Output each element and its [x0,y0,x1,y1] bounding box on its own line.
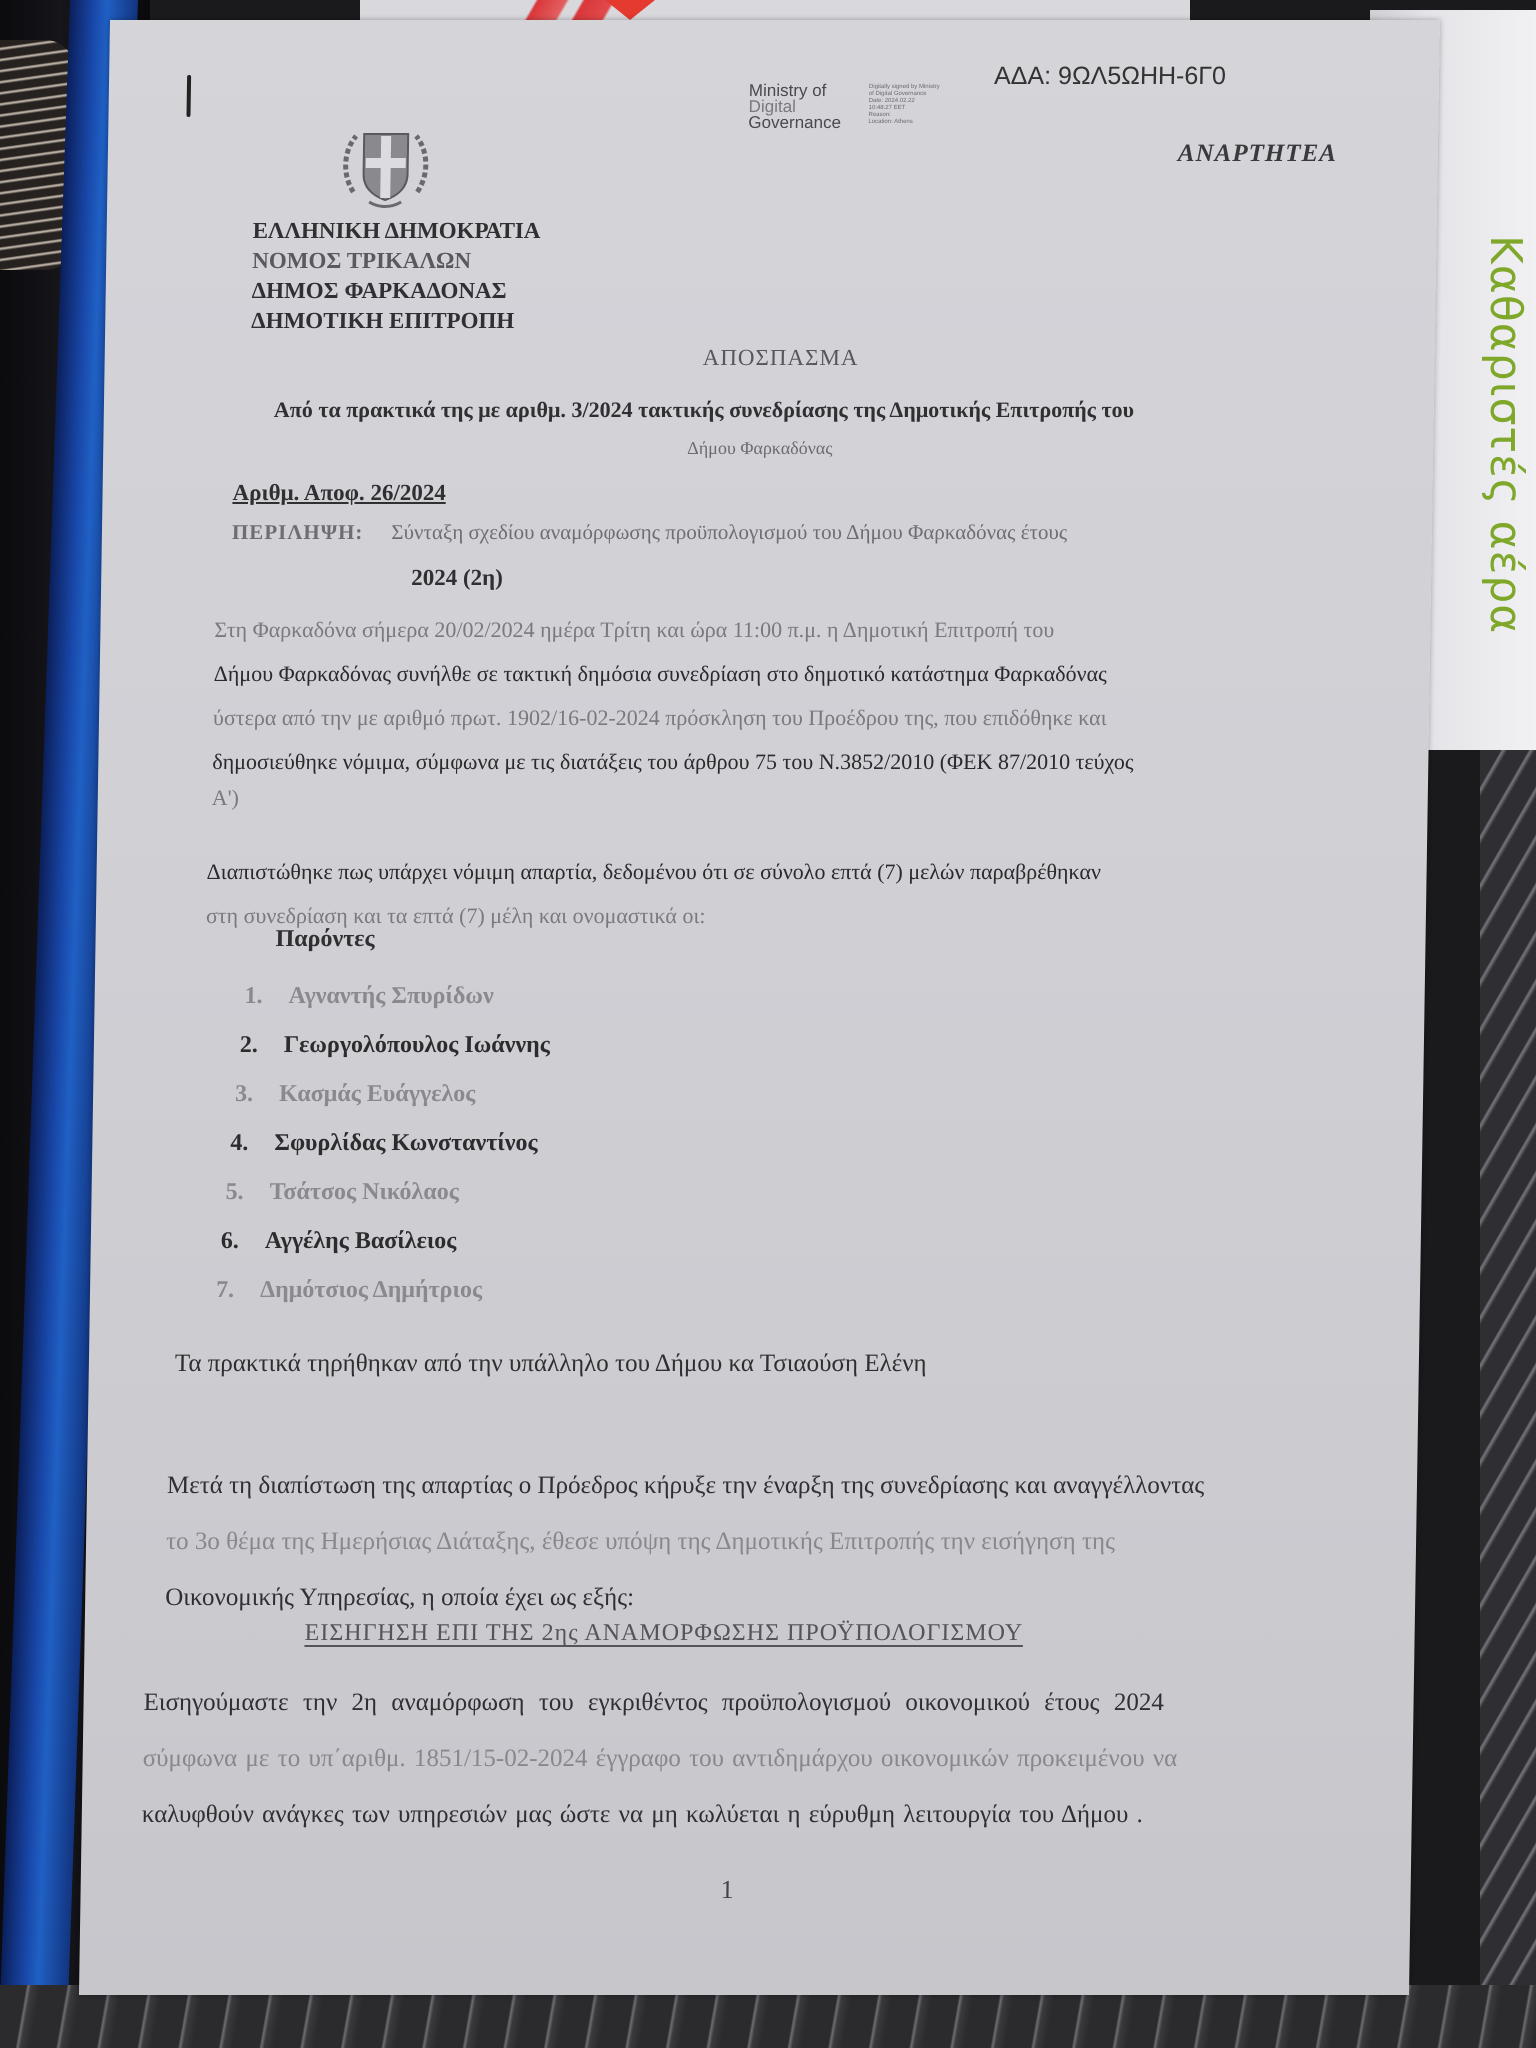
decision-number: Αριθμ. Αποφ. 26/2024 [232,480,446,506]
paragraph-line: Οικονομικής Υπηρεσίας, η οποία έχει ως ε… [165,1570,1203,1626]
summary-label: ΠΕΡΙΛΗΨΗ: [232,520,364,544]
header-line: ΕΛΛΗΝΙΚΗ ΔΗΜΟΚΡΑΤΙΑ [252,216,540,246]
member-number: 7. [216,1266,261,1315]
pen-mark [186,75,191,117]
paragraph-line: δημοσιεύθηκε νόμιμα, σύμφωνα με τις διατ… [212,740,1134,784]
members-list: 1.Αγναντής Σπυρίδων 2.Γεωργολόπουλος Ιωά… [180,972,551,1315]
minutes-keeper: Τα πρακτικά τηρήθηκαν από την υπάλληλο τ… [175,1350,927,1378]
paragraph-line: Εισηγούμαστε την 2η αναμόρφωση του εγκρι… [143,1675,1178,1731]
member-name: Αγγέλης Βασίλειος [265,1228,457,1254]
package-side-text: Καθαριστές αέρα [1480,235,1531,634]
proposal-paragraph: Εισηγούμαστε την 2η αναμόρφωση του εγκρι… [141,1675,1178,1843]
signature-details: Digitally signed by Ministry of Digital … [868,84,964,126]
paragraph-line: σύμφωνα με το υπ΄αριθμ. 1851/15-02-2024 … [142,1731,1177,1787]
member-name: Γεωργολόπουλος Ιωάννης [284,1032,550,1058]
signature-detail-line: of Digital Governance [869,91,964,98]
meeting-paragraph: Στη Φαρκαδόνα σήμερα 20/02/2024 ημέρα Τρ… [212,608,1136,812]
issuer-line: Governance [748,115,841,131]
textured-surface-right [1480,750,1536,1990]
signature-detail-line: 10:48:27 EET [869,105,964,112]
page-number: 1 [720,1875,733,1905]
paragraph-line: καλυφθούν ανάγκες των υπηρεσιών μας ώστε… [141,1787,1176,1843]
signature-detail-line: Location: Athens [868,119,963,126]
paragraph-line: Δήμου Φαρκαδόνας συνήλθε σε τακτική δημό… [213,652,1135,696]
signature-detail-line: Digitally signed by Ministry [869,84,964,91]
paragraph-line: το 3ο θέμα της Ημερήσιας Διάταξης, έθεσε… [166,1514,1204,1570]
header-line: ΝΟΜΟΣ ΤΡΙΚΑΛΩΝ [252,246,540,276]
member-name: Σφυρλίδας Κωνσταντίνος [274,1130,538,1156]
intro-line: Από τα πρακτικά της με αριθμ. 3/2024 τακ… [274,397,1135,423]
member-name: Τσάτσος Νικόλαος [269,1179,459,1205]
signature-detail-line: Date: 2024.02.22 [869,98,964,105]
issuer-header: ΕΛΛΗΝΙΚΗ ΔΗΜΟΚΡΑΤΙΑ ΝΟΜΟΣ ΤΡΙΚΑΛΩΝ ΔΗΜΟΣ… [251,216,541,336]
summary: ΠΕΡΙΛΗΨΗ:Σύνταξη σχεδίου αναμόρφωσης προ… [232,520,1068,545]
member-item: 2.Γεωργολόπουλος Ιωάννης [184,1021,551,1070]
member-name: Δημότσιος Δημήτριος [260,1277,482,1303]
intro-line-continuation: Δήμου Φαρκαδόνας [687,438,832,459]
member-item: 5.Τσάτσος Νικόλαος [181,1168,548,1217]
member-number: 5. [225,1168,270,1217]
member-number: 3. [235,1070,280,1119]
member-item: 7.Δημότσιος Δημήτριος [180,1266,547,1315]
member-number: 4. [230,1119,275,1168]
quorum-paragraph: Διαπιστώθηκε πως υπάρχει νόμιμη απαρτία,… [206,850,1102,938]
paragraph-line: Στη Φαρκαδόνα σήμερα 20/02/2024 ημέρα Τρ… [214,608,1136,652]
member-number: 1. [244,972,289,1021]
summary-text: Σύνταξη σχεδίου αναμόρφωσης προϋπολογισμ… [391,520,1067,544]
member-name: Κασμάς Ευάγγελος [279,1081,476,1107]
document-page: ΑΔΑ: 9ΩΛ5ΩΗΗ-6Γ0 Ministry of Digital Gov… [79,20,1440,1995]
greek-coat-of-arms-icon [339,122,432,214]
document-type: ΑΠΟΣΠΑΣΜΑ [702,345,858,371]
agenda-paragraph: Μετά τη διαπίστωση της απαρτίας ο Πρόεδρ… [165,1458,1205,1626]
paragraph-line: ύστερα από την με αριθμό πρωτ. 1902/16-0… [213,696,1135,740]
member-item: 1.Αγναντής Σπυρίδων [184,972,551,1021]
member-item: 4.Σφυρλίδας Κωνσταντίνος [182,1119,549,1168]
signature-issuer: Ministry of Digital Governance [748,83,841,131]
signature-detail-line: Reason: [868,112,963,119]
member-number: 6. [220,1217,265,1266]
posting-label: ΑΝΑΡΤΗΤΕΑ [1178,140,1337,168]
proposal-title: ΕΙΣΗΓΗΣΗ ΕΠΙ ΤΗΣ 2ης ΑΝΑΜΟΡΦΩΣΗΣ ΠΡΟΫΠΟΛ… [304,1620,1023,1647]
header-line: ΔΗΜΟΤΙΚΗ ΕΠΙΤΡΟΠΗ [251,306,539,336]
present-members-title: Παρόντες [275,926,375,953]
paragraph-line: Α') [212,784,1134,812]
summary-continuation: 2024 (2η) [411,565,503,591]
red-triangle-fragment [605,0,655,20]
header-line: ΔΗΜΟΣ ΦΑΡΚΑΔΟΝΑΣ [252,276,540,306]
member-item: 6.Αγγέλης Βασίλειος [180,1217,547,1266]
member-number: 2. [240,1021,285,1070]
member-name: Αγναντής Σπυρίδων [288,983,493,1009]
member-item: 3.Κασμάς Ευάγγελος [183,1070,550,1119]
paragraph-line: Διαπιστώθηκε πως υπάρχει νόμιμη απαρτία,… [206,850,1101,894]
paragraph-line: Μετά τη διαπίστωση της απαρτίας ο Πρόεδρ… [167,1458,1205,1514]
ada-code: ΑΔΑ: 9ΩΛ5ΩΗΗ-6Γ0 [994,62,1226,91]
